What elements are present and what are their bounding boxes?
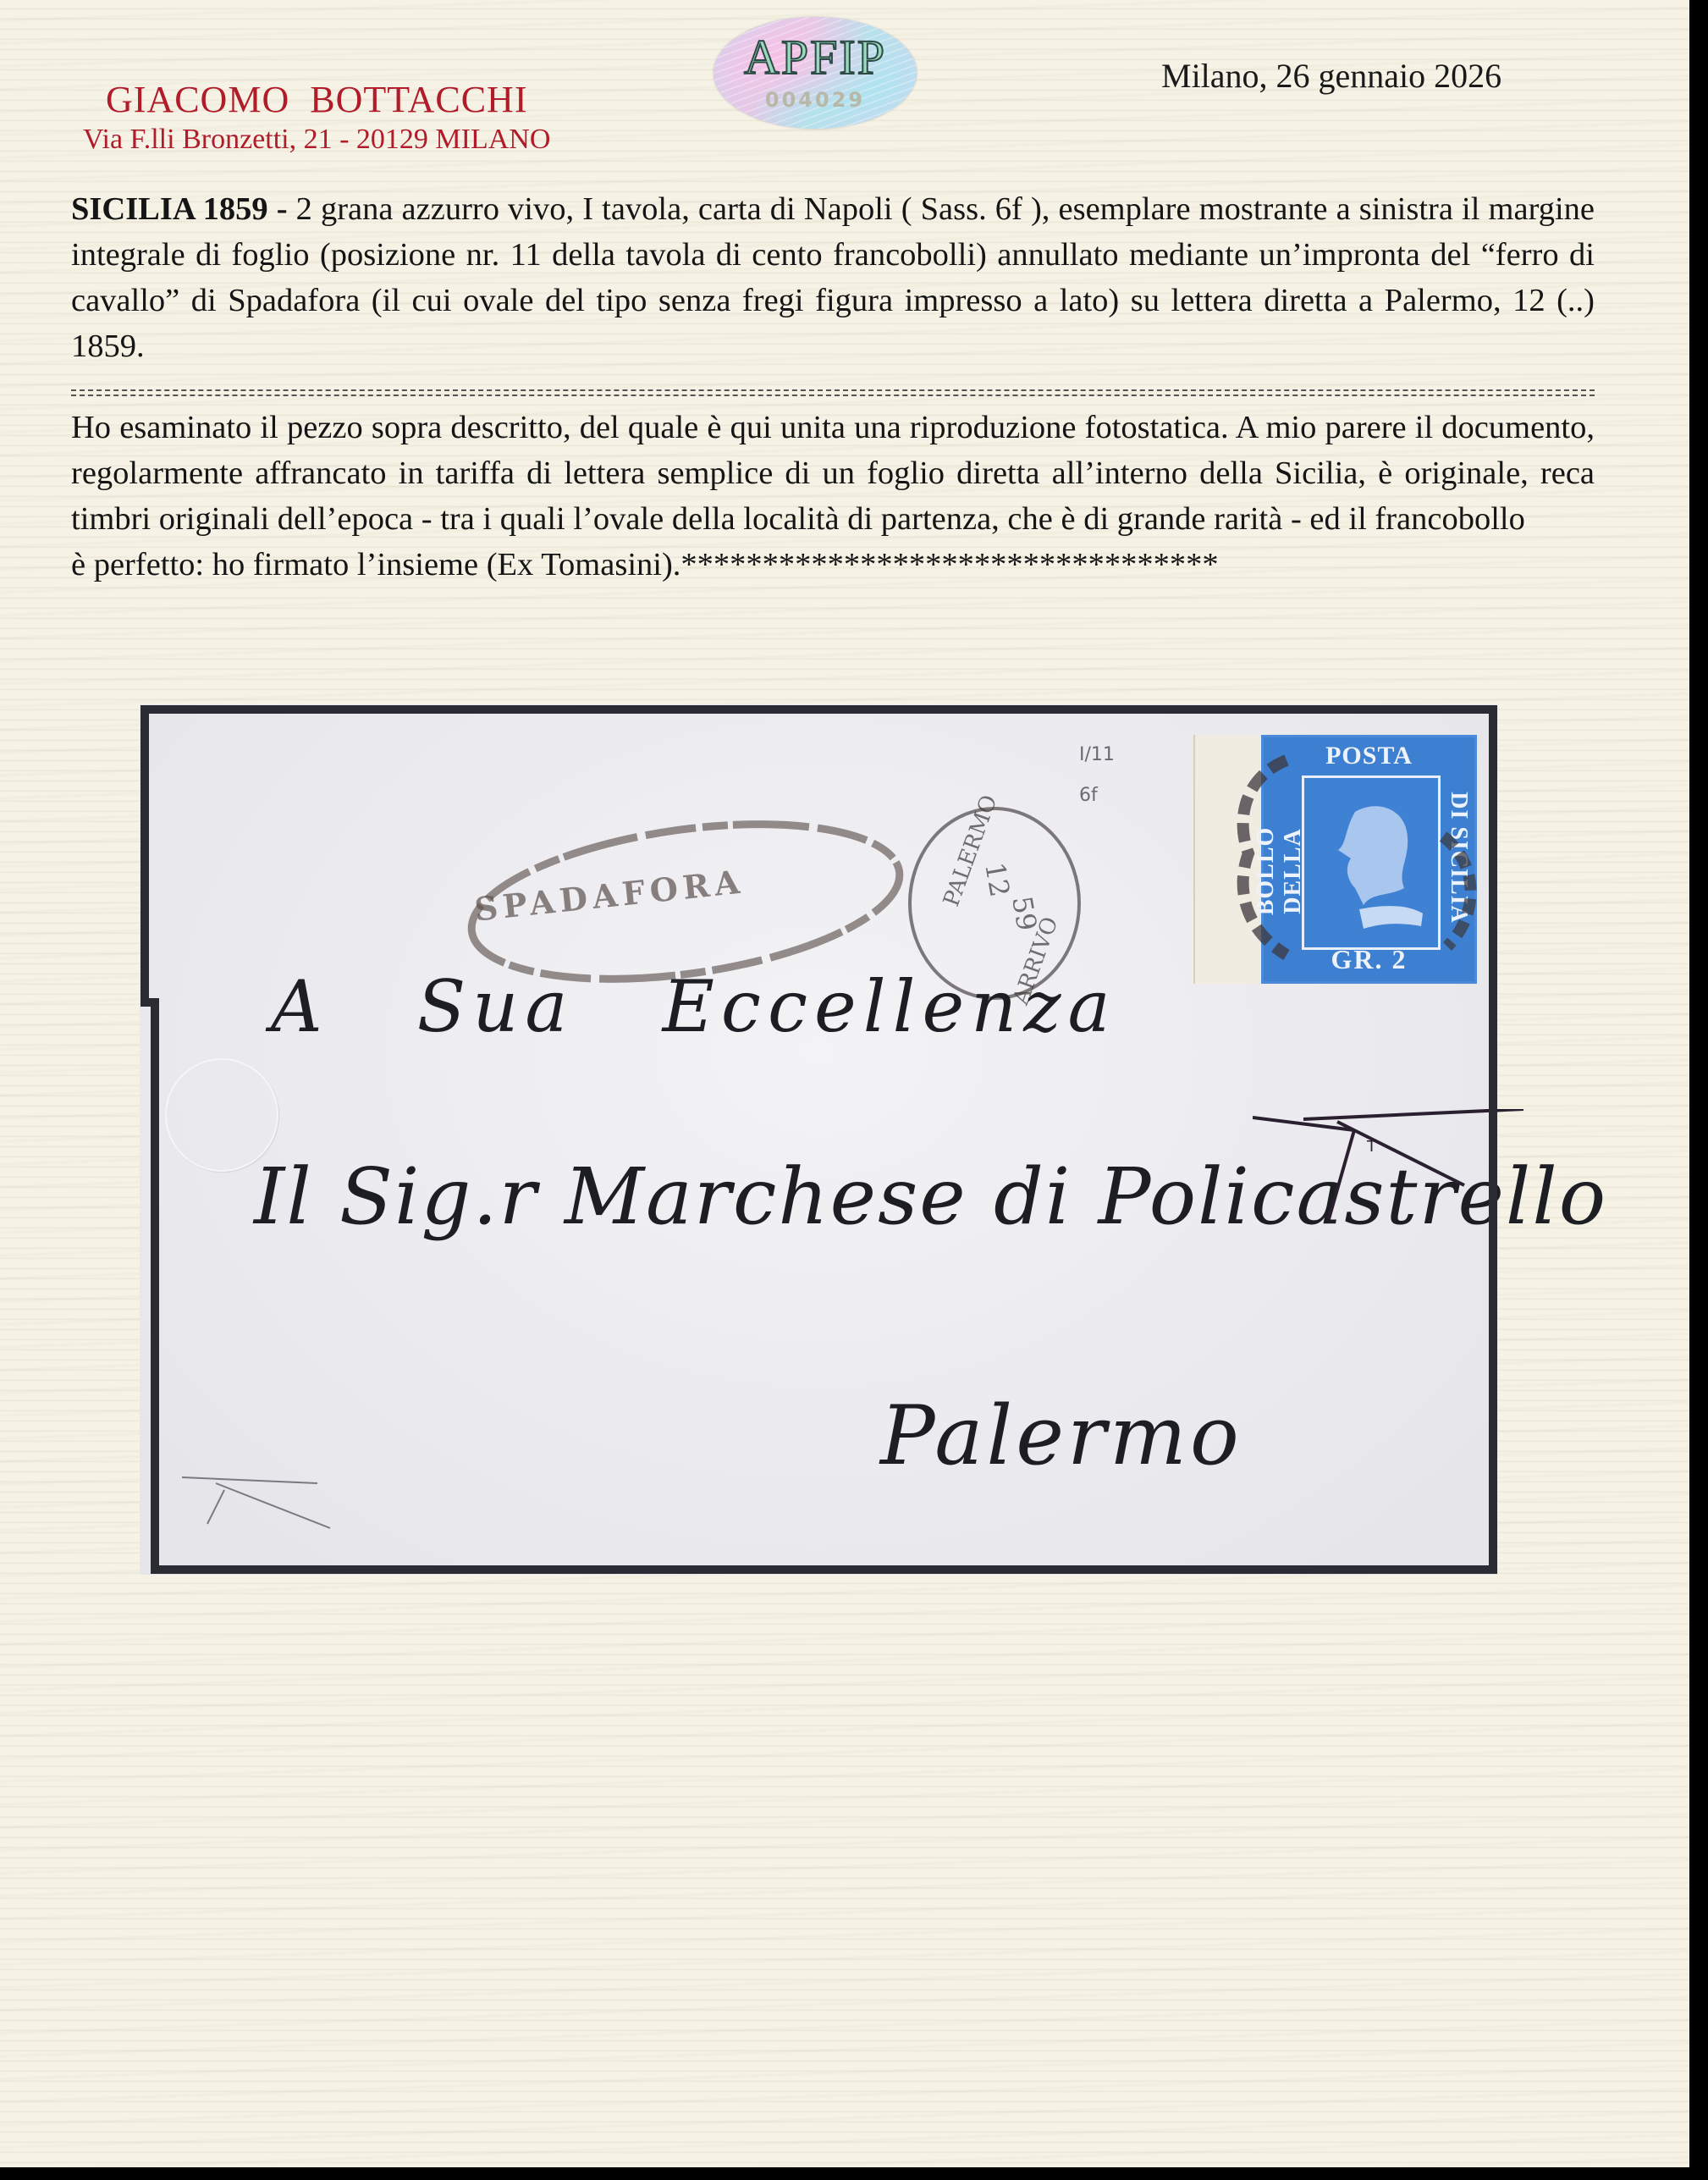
postage-stamp: POSTA BOLLO DELLA DI SICILIA GR. 2 [1261,735,1477,984]
pencil-notes: I/11 6f [1079,735,1115,816]
certificate-sheet: GIACOMO BOTTACCHI Via F.lli Bronzetti, 2… [0,0,1689,2167]
divider-line [71,389,1595,391]
expert-signature-mark-icon: T [1253,1109,1557,1236]
horseshoe-cancel-icon [1227,752,1312,963]
issuer-name: GIACOMO BOTTACCHI [106,78,527,121]
description-text: 2 grana azzurro vivo, I tavola, carta di… [71,191,1595,364]
pencil-signature-mark-icon [182,1473,334,1541]
stamp-portrait-frame [1302,775,1441,950]
expert-opinion: Ho esaminato il pezzo sopra descritto, d… [71,405,1595,588]
horseshoe-cancel-icon [1435,828,1494,955]
certificate-date: Milano, 26 gennaio 2026 [1161,56,1501,96]
issuer-address: Via F.lli Bronzetti, 21 - 20129 MILANO [83,124,550,156]
opinion-last-line: è perfetto: ho firmato l’insieme (Ex Tom… [71,542,1595,588]
item-description: SICILIA 1859 - 2 grana azzurro vivo, I t… [71,186,1595,369]
hologram-mark: APFIP [714,29,917,86]
pencil-note-position: I/11 [1079,744,1115,765]
expert-mark-text: T [1366,1138,1377,1156]
king-portrait-icon [1304,778,1438,947]
pencil-note-catalogue: 6f [1079,785,1098,806]
address-line-1: A Sua Eccellenza [271,965,1117,1048]
divider-line [71,395,1595,396]
hologram-seal: APFIP 004029 [714,17,917,129]
postmark-day: 12 [978,860,1016,900]
hologram-serial: 004029 [714,88,917,112]
address-line-3: Palermo [880,1388,1242,1483]
opinion-body: Ho esaminato il pezzo sopra descritto, d… [71,405,1595,542]
description-lead: SICILIA 1859 - [71,191,288,227]
